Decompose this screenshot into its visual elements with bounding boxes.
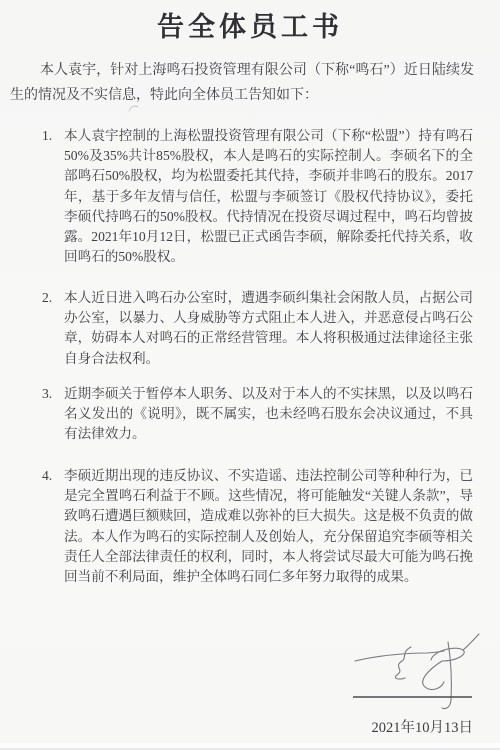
- scan-bottom-edge: [0, 743, 500, 750]
- list-item-1: 1. 本人袁宇控制的上海松盟投资管理有限公司（下称“松盟”）持有鸣石50%及35…: [0, 126, 500, 267]
- stray-pen-mark: [127, 103, 139, 113]
- list-item-2-text: 本人近日进入鸣石办公室时，遭遇李硕纠集社会闲散人员，占据公司办公室，以暴力、人身…: [64, 288, 473, 369]
- handwritten-signature: [345, 632, 490, 717]
- list-item-4: 4. 李硕近期出现的违反协议、不实造谣、违法控制公司等种种行为，已是完全置鸣石利…: [0, 466, 500, 587]
- document-page: 告全体员工书 本人袁宇，针对上海鸣石投资管理有限公司（下称“鸣石”）近日陆续发生…: [0, 0, 500, 750]
- document-title: 告全体员工书: [0, 5, 500, 44]
- list-item-1-number: 1.: [42, 126, 52, 146]
- list-item-4-text: 李硕近期出现的违反协议、不实造谣、违法控制公司等种种行为，已是完全置鸣石利益于不…: [64, 466, 473, 587]
- list-item-2: 2. 本人近日进入鸣石办公室时，遭遇李硕纠集社会闲散人员，占据公司办公室，以暴力…: [0, 288, 500, 369]
- signature-scrawl-icon: [345, 632, 490, 717]
- document-date: 2021年10月13日: [372, 716, 474, 737]
- intro-paragraph: 本人袁宇，针对上海鸣石投资管理有限公司（下称“鸣石”）近日陆续发生的情况及不实信…: [10, 58, 474, 108]
- list-item-3: 3. 近期李硕关于暂停本人职务、以及对于本人的不实抹黑，以及以鸣石名义发出的《说…: [0, 384, 500, 445]
- list-item-3-text: 近期李硕关于暂停本人职务、以及对于本人的不实抹黑，以及以鸣石名义发出的《说明》，…: [64, 384, 473, 445]
- list-item-1-text: 本人袁宇控制的上海松盟投资管理有限公司（下称“松盟”）持有鸣石50%及35%共计…: [64, 126, 473, 267]
- list-item-3-number: 3.: [42, 384, 52, 404]
- list-item-4-number: 4.: [42, 466, 52, 486]
- list-item-2-number: 2.: [42, 288, 52, 308]
